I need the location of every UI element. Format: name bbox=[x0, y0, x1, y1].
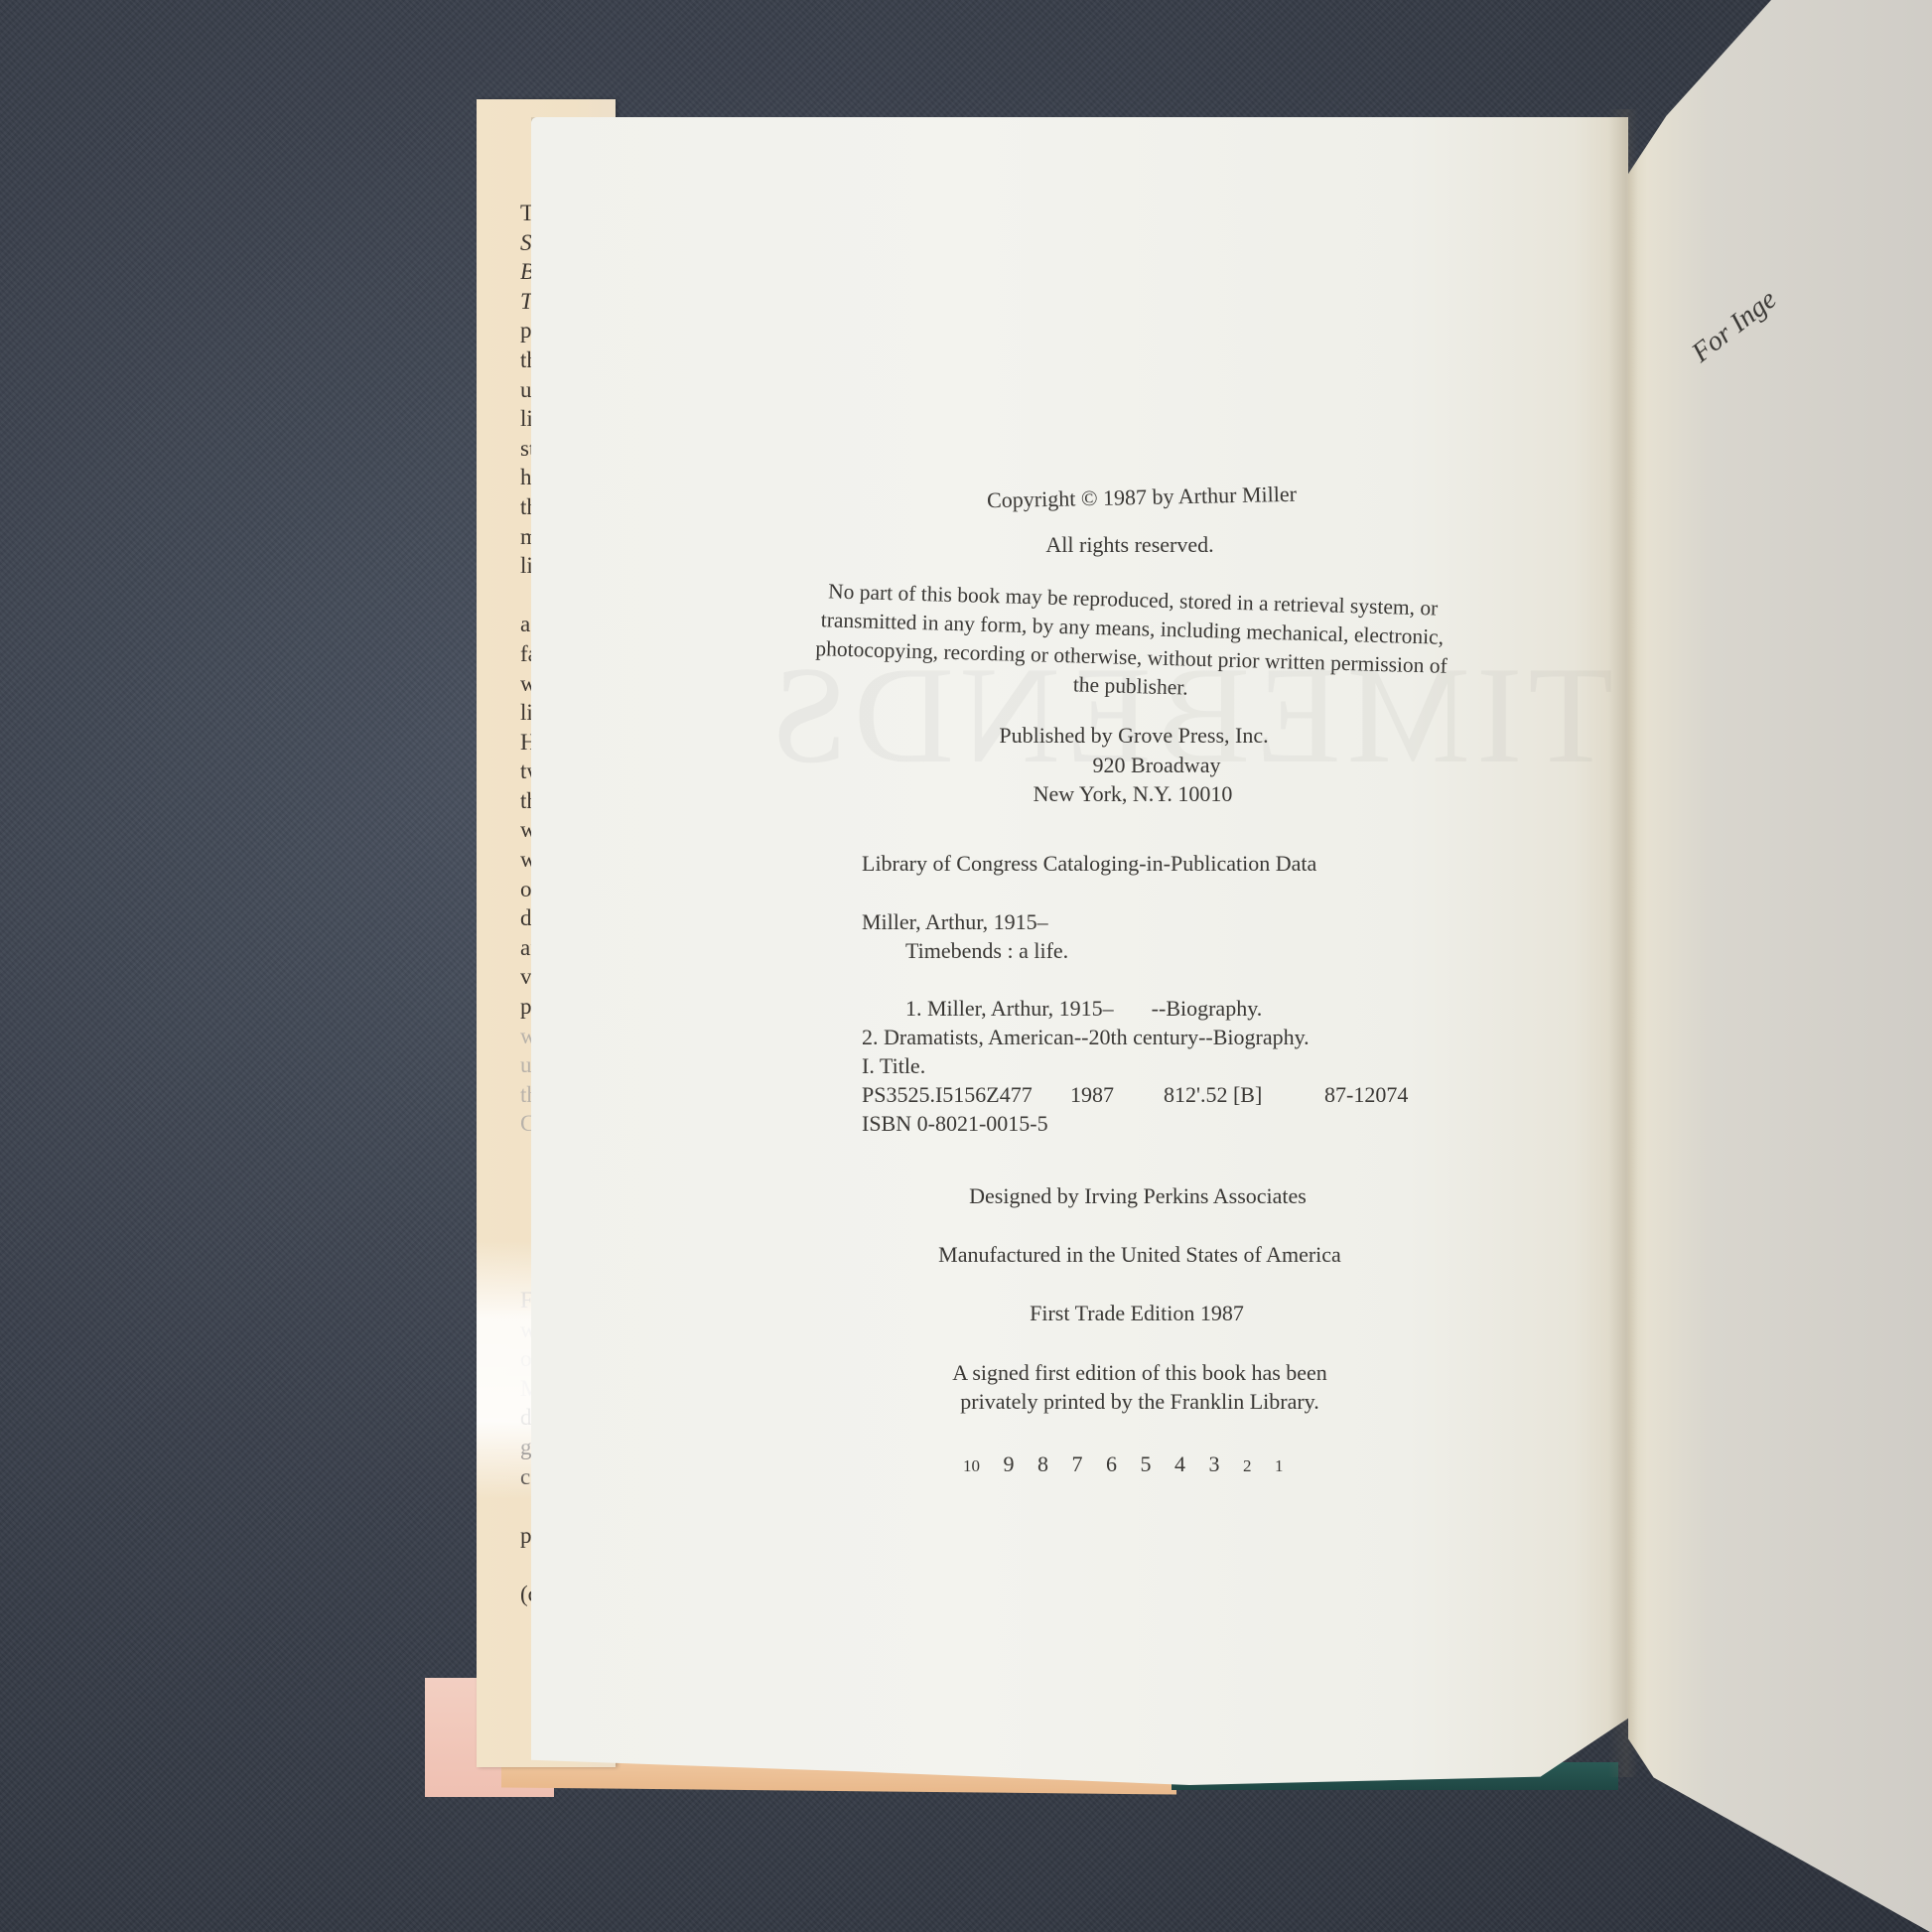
facing-page bbox=[1628, 0, 1932, 1932]
cip-heading: Library of Congress Cataloging-in-Public… bbox=[862, 851, 1316, 877]
cip-classification: PS3525.I5156Z4771987812'.52 [B]87-12074 bbox=[862, 1080, 1408, 1109]
cip-call-number: PS3525.I5156Z477 bbox=[862, 1080, 1070, 1109]
print-number: 2 bbox=[1243, 1456, 1252, 1476]
gutter-shadow bbox=[1608, 109, 1638, 1777]
print-number: 7 bbox=[1072, 1451, 1083, 1477]
cip-data: Miller, Arthur, 1915– Timebends : a life… bbox=[862, 907, 1408, 1138]
cip-isbn: ISBN 0-8021-0015-5 bbox=[862, 1109, 1408, 1138]
cip-subject-2: 2. Dramatists, American--20th century--B… bbox=[862, 1023, 1408, 1051]
cip-subject-1-name: 1. Miller, Arthur, 1915– bbox=[905, 994, 1114, 1023]
cip-subject-1: 1. Miller, Arthur, 1915–--Biography. bbox=[862, 994, 1408, 1023]
cip-dewey: 812'.52 [B] bbox=[1164, 1080, 1324, 1109]
cip-subject-1-type: --Biography. bbox=[1152, 994, 1263, 1023]
print-number: 8 bbox=[1037, 1451, 1048, 1477]
print-number: 5 bbox=[1141, 1451, 1152, 1477]
cip-call-year: 1987 bbox=[1070, 1080, 1164, 1109]
legal-notice: No part of this book may be reproduced, … bbox=[814, 577, 1449, 710]
print-number: 3 bbox=[1209, 1451, 1220, 1477]
cip-title-entry: I. Title. bbox=[862, 1051, 1408, 1080]
print-number: 6 bbox=[1106, 1451, 1117, 1477]
edition-note: First Trade Edition 1987 bbox=[1030, 1301, 1244, 1326]
print-number: 1 bbox=[1275, 1456, 1284, 1476]
publisher-name: Published by Grove Press, Inc. bbox=[999, 723, 1268, 749]
manufacture-note: Manufactured in the United States of Ame… bbox=[938, 1242, 1341, 1268]
signed-edition-note-2: privately printed by the Franklin Librar… bbox=[960, 1389, 1318, 1415]
signed-edition-note-1: A signed first edition of this book has … bbox=[952, 1360, 1327, 1386]
cip-title: Timebends : a life. bbox=[862, 936, 1408, 965]
publisher-city: New York, N.Y. 10010 bbox=[1034, 781, 1233, 807]
print-number: 4 bbox=[1174, 1451, 1185, 1477]
print-number: 9 bbox=[1004, 1451, 1015, 1477]
cip-lccn: 87-12074 bbox=[1324, 1080, 1408, 1109]
rights-line: All rights reserved. bbox=[1045, 532, 1213, 558]
cip-author: Miller, Arthur, 1915– bbox=[862, 907, 1408, 936]
printer-key: 10 9 8 7 6 5 4 3 2 1 bbox=[963, 1451, 1302, 1477]
designer-credit: Designed by Irving Perkins Associates bbox=[969, 1183, 1307, 1209]
publisher-address: 920 Broadway bbox=[1093, 753, 1221, 778]
print-number: 10 bbox=[963, 1456, 980, 1476]
